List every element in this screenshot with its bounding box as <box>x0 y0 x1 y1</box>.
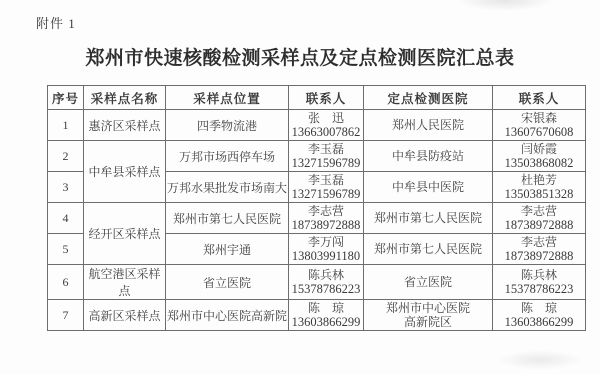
cell-no: 3 <box>48 172 84 203</box>
cell-no: 2 <box>48 141 84 172</box>
page-title: 郑州市快速核酸检测采样点及定点检测医院汇总表 <box>0 43 600 70</box>
cell-no: 6 <box>48 265 84 300</box>
hospital-contact-name: 闫娇霞 <box>494 142 584 156</box>
cell-contact: 李万闯 13803991180 <box>289 234 364 265</box>
cell-hospital-contact: 陈兵林 15378786223 <box>493 265 586 300</box>
contact-phone: 13663007862 <box>290 125 362 139</box>
hospital-contact-phone: 13503868082 <box>494 156 584 170</box>
sampling-points-table: 序号 采样点名称 采样点位置 联系人 定点检测医院 联系人 1 惠济区采样点 四… <box>47 85 586 331</box>
contact-name: 陈 琼 <box>290 301 362 315</box>
table-row: 2 中牟县采样点 万邦市场西停车场 李玉磊 13271596789 中牟县防疫站… <box>48 141 586 172</box>
cell-hospital-contact: 李志营 18738972888 <box>493 203 586 234</box>
cell-hospital: 郑州市第七人民医院 <box>364 234 493 265</box>
cell-location: 郑州市第七人民医院 <box>166 203 289 234</box>
hospital-contact-phone: 15378786223 <box>494 282 584 296</box>
contact-name: 李万闯 <box>290 235 362 249</box>
cell-location: 郑州宇通 <box>166 234 289 265</box>
cell-hospital-contact: 李志营 18738972888 <box>493 234 586 265</box>
cell-site-name: 惠济区采样点 <box>84 110 166 141</box>
cell-contact: 张 迅 13663007862 <box>289 110 364 141</box>
cell-hospital: 省立医院 <box>364 265 493 300</box>
cell-hospital: 郑州市第七人民医院 <box>364 203 493 234</box>
contact-phone: 13803991180 <box>290 249 362 263</box>
hospital-contact-name: 杜艳芳 <box>494 173 584 187</box>
cell-no: 7 <box>48 300 84 331</box>
hospital-contact-name: 李志营 <box>494 235 584 249</box>
header-site-name: 采样点名称 <box>84 86 166 110</box>
cell-hospital: 中牟县中医院 <box>364 172 493 203</box>
contact-name: 李志营 <box>290 204 362 218</box>
cell-contact: 陈兵林 15378786223 <box>289 265 364 300</box>
contact-name: 陈兵林 <box>290 268 362 282</box>
cell-location: 万邦市场西停车场 <box>166 141 289 172</box>
cell-contact: 李玉磊 13271596789 <box>289 141 364 172</box>
header-no: 序号 <box>48 86 84 110</box>
header-location: 采样点位置 <box>166 86 289 110</box>
contact-name: 李玉磊 <box>290 173 362 187</box>
table-row: 7 高新区采样点 郑州市中心医院高新院区 陈 琼 13603866299 郑州市… <box>48 300 586 331</box>
cell-no: 1 <box>48 110 84 141</box>
contact-name: 李玉磊 <box>290 142 362 156</box>
cell-no: 4 <box>48 203 84 234</box>
cell-contact: 陈 琼 13603866299 <box>289 300 364 331</box>
table-header-row: 序号 采样点名称 采样点位置 联系人 定点检测医院 联系人 <box>48 86 586 110</box>
hospital-contact-name: 陈 琼 <box>494 301 584 315</box>
contact-phone: 13603866299 <box>290 315 362 329</box>
cell-hospital-contact: 陈 琼 13603866299 <box>493 300 586 331</box>
cell-site-name: 高新区采样点 <box>84 300 166 331</box>
cell-hospital-contact: 闫娇霞 13503868082 <box>493 141 586 172</box>
hospital-contact-phone: 18738972888 <box>494 249 584 263</box>
attachment-label: 附件 1 <box>36 13 76 32</box>
hospital-contact-phone: 18738972888 <box>494 218 584 232</box>
cell-no: 5 <box>48 234 84 265</box>
cell-contact: 李志营 18738972888 <box>289 203 364 234</box>
cell-hospital: 中牟县防疫站 <box>364 141 493 172</box>
contact-name: 张 迅 <box>290 111 362 125</box>
contact-phone: 13271596789 <box>290 187 362 201</box>
cell-location: 郑州市中心医院高新院区 <box>166 300 289 331</box>
cell-hospital-contact: 杜艳芳 13503851328 <box>493 172 586 203</box>
cell-site-name: 经开区采样点 <box>84 203 166 265</box>
hospital-contact-name: 宋银森 <box>494 111 584 125</box>
header-hospital: 定点检测医院 <box>364 86 493 110</box>
cell-site-name: 航空港区采样点 <box>84 265 166 300</box>
scanned-document-page: 附件 1 郑州市快速核酸检测采样点及定点检测医院汇总表 序号 采样点名称 采样点… <box>0 0 600 374</box>
hospital-contact-phone: 13607670608 <box>494 125 584 139</box>
table-row: 1 惠济区采样点 四季物流港 张 迅 13663007862 郑州人民医院 宋银… <box>48 110 586 141</box>
hospital-contact-name: 陈兵林 <box>494 268 584 282</box>
cell-location: 万邦水果批发市场南大门 <box>166 172 289 203</box>
cell-hospital: 郑州市中心医院 高新院区 <box>364 300 493 331</box>
contact-phone: 18738972888 <box>290 218 362 232</box>
hospital-contact-name: 李志营 <box>494 204 584 218</box>
header-hospital-contact: 联系人 <box>493 86 586 110</box>
contact-phone: 15378786223 <box>290 282 362 296</box>
hospital-contact-phone: 13603866299 <box>494 315 584 329</box>
cell-site-name: 中牟县采样点 <box>84 141 166 203</box>
cell-hospital: 郑州人民医院 <box>364 110 493 141</box>
table-row: 6 航空港区采样点 省立医院 陈兵林 15378786223 省立医院 陈兵林 … <box>48 265 586 300</box>
cell-location: 省立医院 <box>166 265 289 300</box>
hospital-contact-phone: 13503851328 <box>494 187 584 201</box>
cell-hospital-contact: 宋银森 13607670608 <box>493 110 586 141</box>
header-contact: 联系人 <box>289 86 364 110</box>
contact-phone: 13271596789 <box>290 156 362 170</box>
cell-location: 四季物流港 <box>166 110 289 141</box>
cell-contact: 李玉磊 13271596789 <box>289 172 364 203</box>
table-row: 4 经开区采样点 郑州市第七人民医院 李志营 18738972888 郑州市第七… <box>48 203 586 234</box>
